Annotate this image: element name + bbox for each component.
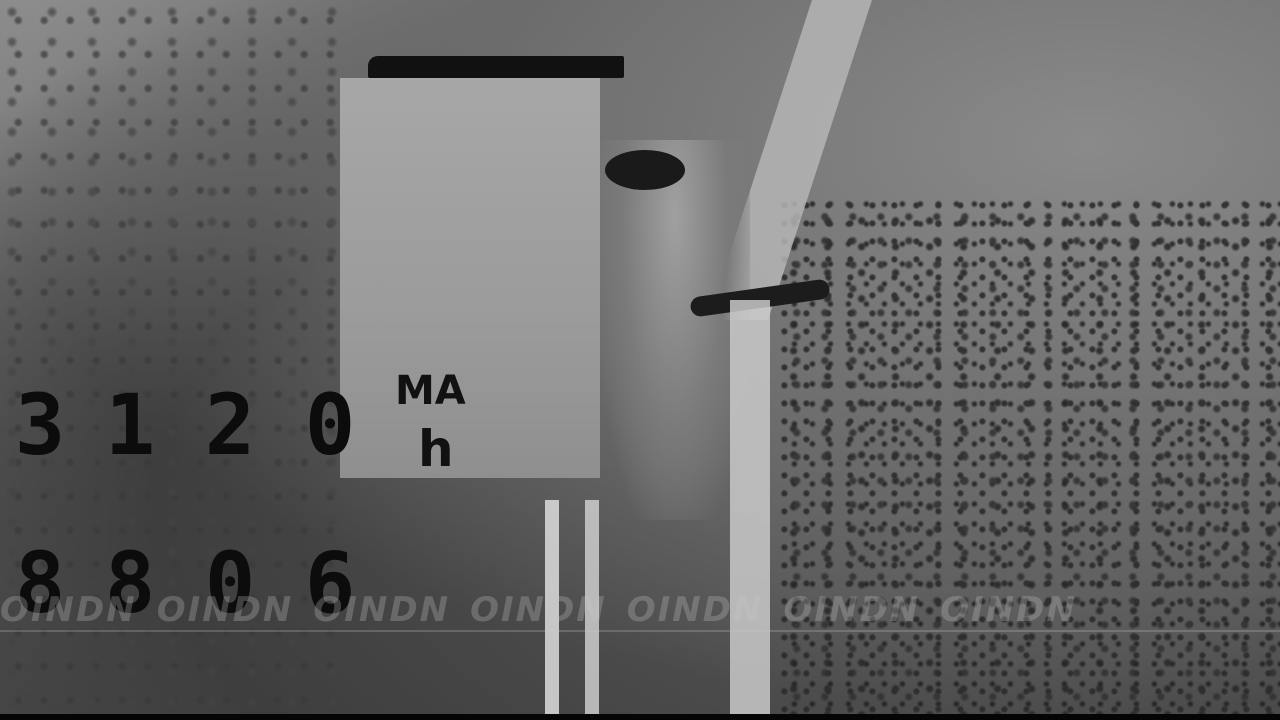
support-pole — [730, 300, 770, 720]
watermark-text: OINDN — [157, 590, 294, 630]
watermark-text: OINDN — [783, 590, 920, 630]
watermark-text: OINDN — [470, 590, 607, 630]
watermark-text: OINDN — [627, 590, 764, 630]
digit: 2 — [180, 376, 280, 474]
crowd-background — [780, 200, 1280, 720]
bottom-border — [0, 714, 1280, 720]
figure — [600, 140, 750, 520]
unit-label-bottom: h — [418, 420, 454, 478]
unit-label-top: MA — [395, 368, 466, 414]
watermark-text: OINDN — [313, 590, 450, 630]
digit: 0 — [280, 376, 380, 474]
digit: 3 — [0, 376, 80, 474]
photo-scene: 3 1 2 0 MA h 8 8 0 6 OINDN OINDN OINDN O… — [0, 0, 1280, 720]
board-top-edge — [368, 56, 624, 78]
digit: 1 — [80, 376, 180, 474]
figure-head — [605, 150, 685, 190]
score-row-1: 3 1 2 0 — [0, 376, 380, 474]
watermark-text: OINDN — [0, 590, 137, 630]
watermark-band: OINDN OINDN OINDN OINDN OINDN OINDN OIND… — [0, 590, 1280, 632]
watermark-text: OINDN — [940, 590, 1077, 630]
